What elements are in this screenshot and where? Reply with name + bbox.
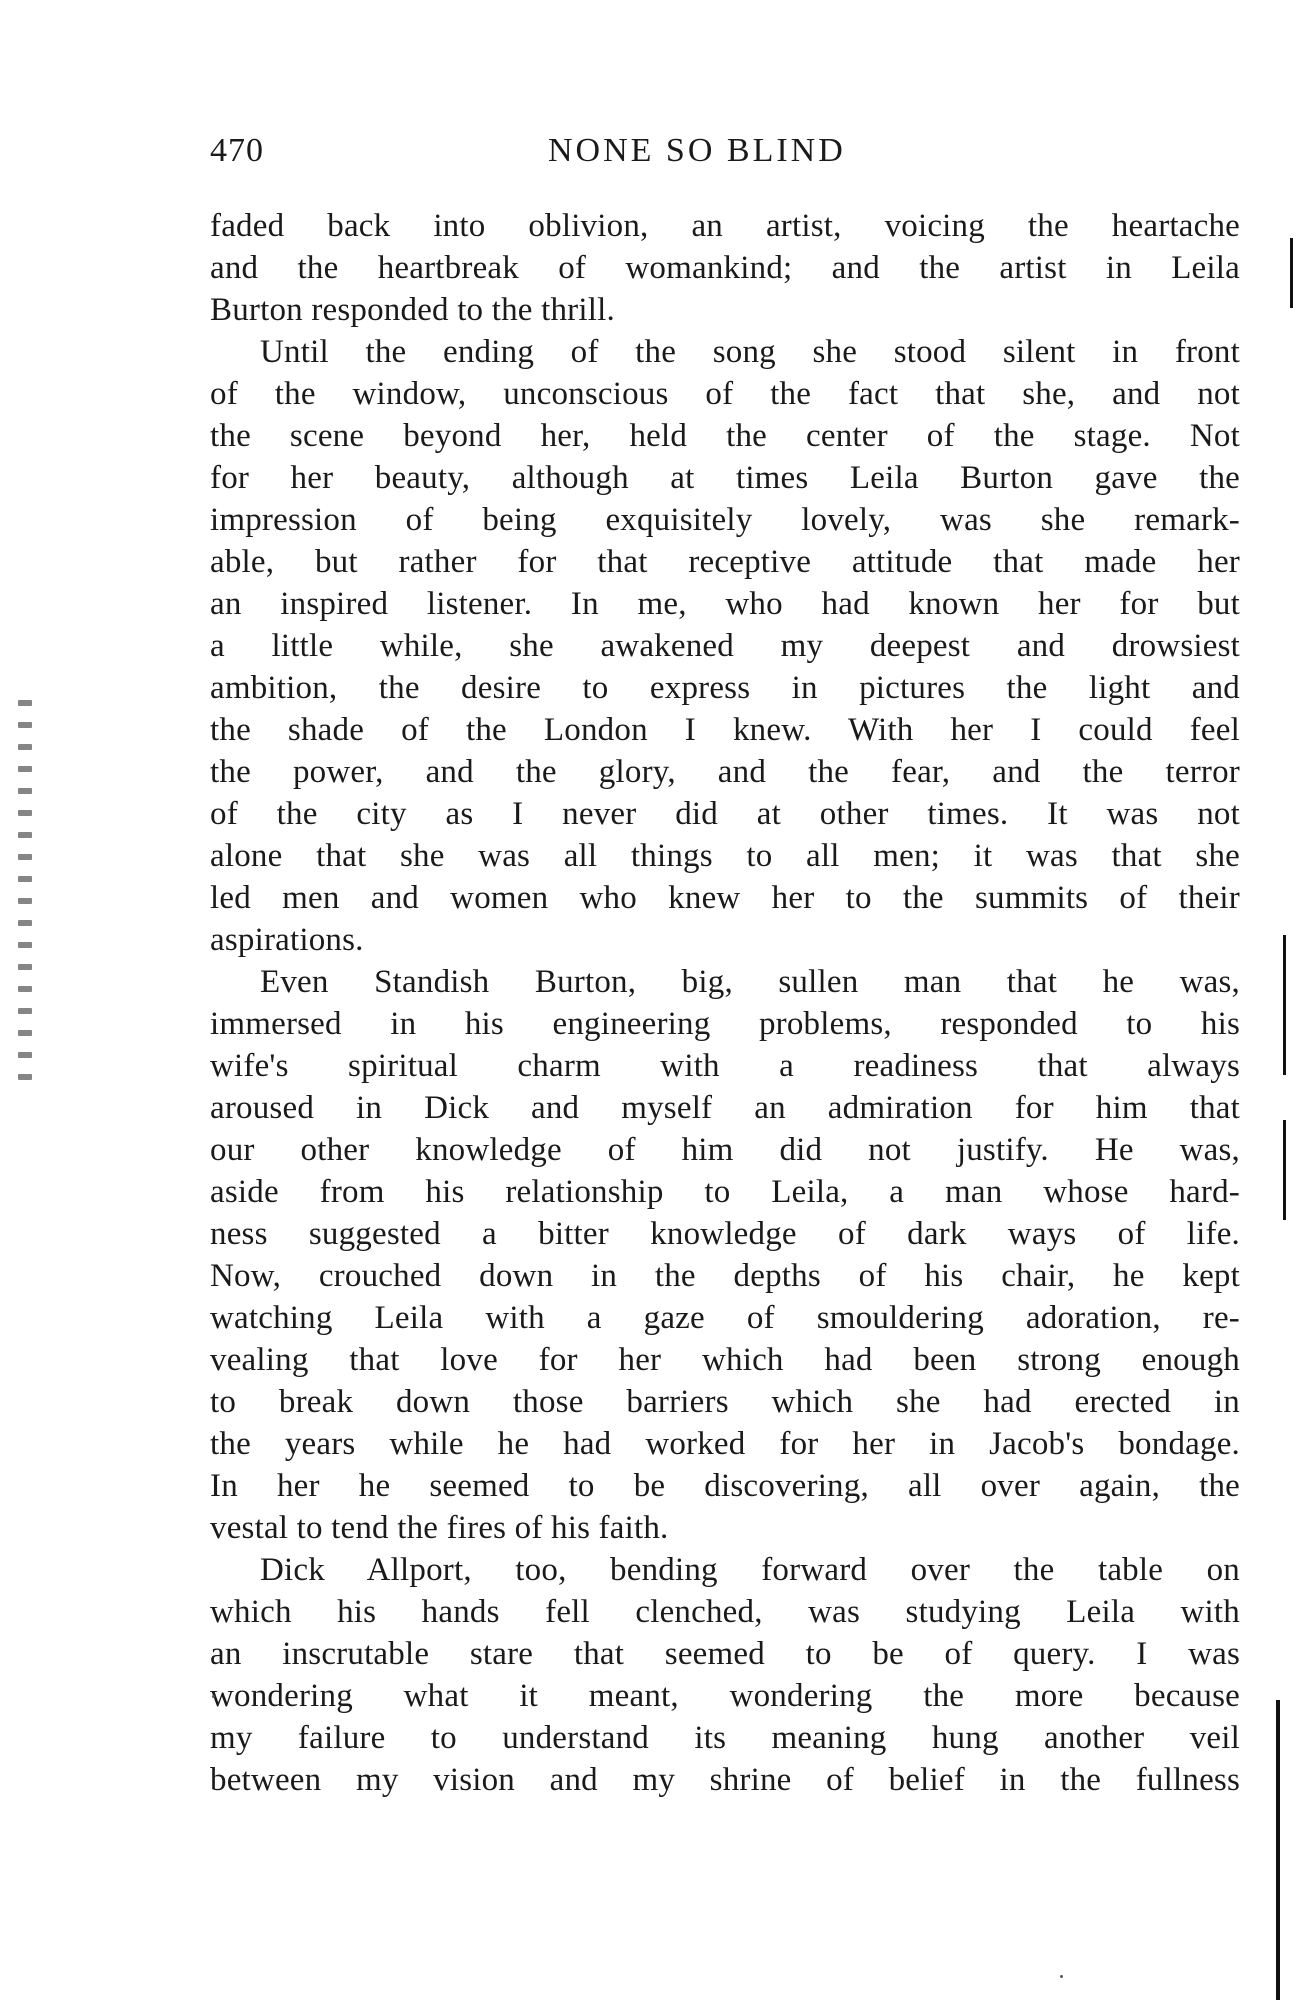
page-edge-shadow	[1283, 935, 1286, 1075]
text-line: vestal to tend the fires of his faith.	[210, 1507, 1240, 1549]
text-line: of the window, unconscious of the fact t…	[210, 373, 1240, 415]
text-line: Now, crouched down in the depths of his …	[210, 1255, 1240, 1297]
text-line: alone that she was all things to all men…	[210, 835, 1240, 877]
text-line: ness suggested a bitter knowledge of dar…	[210, 1213, 1240, 1255]
scan-speck	[1060, 1975, 1063, 1978]
running-head: 470 NONE SO BLIND	[210, 132, 990, 182]
text-line: to break down those barriers which she h…	[210, 1381, 1240, 1423]
paragraph-start-line: Even Standish Burton, big, sullen man th…	[210, 961, 1240, 1003]
text-line: wife's spiritual charm with a readiness …	[210, 1045, 1240, 1087]
page-edge-shadow	[1276, 1700, 1280, 2000]
text-line: led men and women who knew her to the su…	[210, 877, 1240, 919]
text-line: a little while, she awakened my deepest …	[210, 625, 1240, 667]
text-line: watching Leila with a gaze of smoulderin…	[210, 1297, 1240, 1339]
book-page: 470 NONE SO BLIND faded back into oblivi…	[0, 0, 1311, 2003]
text-line: of the city as I never did at other time…	[210, 793, 1240, 835]
text-line: for her beauty, although at times Leila …	[210, 457, 1240, 499]
paragraph-start-line: Until the ending of the song she stood s…	[210, 331, 1240, 373]
page-edge-shadow	[1283, 1120, 1286, 1220]
body-text: faded back into oblivion, an artist, voi…	[210, 205, 1240, 1801]
text-line: and the heartbreak of womankind; and the…	[210, 247, 1240, 289]
text-line: the shade of the London I knew. With her…	[210, 709, 1240, 751]
text-line: vealing that love for her which had been…	[210, 1339, 1240, 1381]
text-line: wondering what it meant, wondering the m…	[210, 1675, 1240, 1717]
page-number: 470	[210, 132, 264, 170]
text-line: my failure to understand its meaning hun…	[210, 1717, 1240, 1759]
text-line: which his hands fell clenched, was study…	[210, 1591, 1240, 1633]
text-line: able, but rather for that receptive atti…	[210, 541, 1240, 583]
scan-speck	[212, 1695, 215, 1698]
text-line: aspirations.	[210, 919, 1240, 961]
text-line: immersed in his engineering problems, re…	[210, 1003, 1240, 1045]
gutter-bleed-through	[14, 700, 36, 1200]
text-line: In her he seemed to be discovering, all …	[210, 1465, 1240, 1507]
text-line: faded back into oblivion, an artist, voi…	[210, 205, 1240, 247]
text-line: the years while he had worked for her in…	[210, 1423, 1240, 1465]
paragraph-start-line: Dick Allport, too, bending forward over …	[210, 1549, 1240, 1591]
text-line: the power, and the glory, and the fear, …	[210, 751, 1240, 793]
text-line: ambition, the desire to express in pictu…	[210, 667, 1240, 709]
running-title: NONE SO BLIND	[548, 132, 846, 170]
text-line: between my vision and my shrine of belie…	[210, 1759, 1240, 1801]
text-line: the scene beyond her, held the center of…	[210, 415, 1240, 457]
text-line: aroused in Dick and myself an admiration…	[210, 1087, 1240, 1129]
text-line: an inscrutable stare that seemed to be o…	[210, 1633, 1240, 1675]
text-line: an inspired listener. In me, who had kno…	[210, 583, 1240, 625]
text-line: aside from his relationship to Leila, a …	[210, 1171, 1240, 1213]
text-line: Burton responded to the thrill.	[210, 289, 1240, 331]
text-line: impression of being exquisitely lovely, …	[210, 499, 1240, 541]
page-edge-shadow	[1290, 238, 1293, 308]
text-line: our other knowledge of him did not justi…	[210, 1129, 1240, 1171]
